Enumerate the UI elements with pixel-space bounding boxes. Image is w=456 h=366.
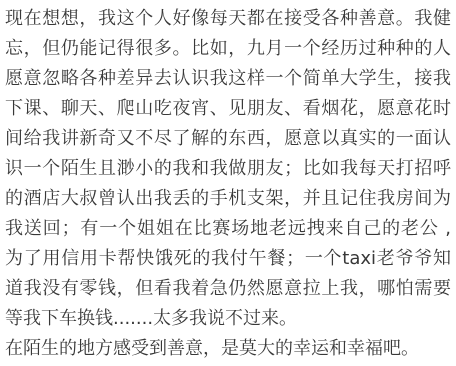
text-line-1: 现在想想，我这个人好像每天都在接受各种善意。我健 xyxy=(5,4,451,34)
text-line-6: 识一个陌生且渺小的我和我做朋友；比如我每天打招呼 xyxy=(5,154,451,184)
text-line-11: 等我下车换钱.......太多我说不过来。 xyxy=(5,304,451,334)
post-text: 现在想想，我这个人好像每天都在接受各种善意。我健 忘，但仍能记得很多。比如，九月… xyxy=(0,0,456,364)
text-line-3: 愿意忽略各种差异去认识我这样一个简单大学生，接我 xyxy=(5,64,451,94)
text-line-4: 下课、聊天、爬山吃夜宵、见朋友、看烟花，愿意花时 xyxy=(5,94,451,124)
text-line-7: 的酒店大叔曾认出我丢的手机支架，并且记住我房间为 xyxy=(5,184,451,214)
text-line-10: 道我没有零钱，但看我着急仍然愿意拉上我，哪怕需要 xyxy=(5,274,451,304)
text-line-9: 为了用信用卡帮快饿死的我付午餐；一个taxi老爷爷知 xyxy=(5,244,451,274)
text-line-5: 间给我讲新奇又不尽了解的东西，愿意以真实的一面认 xyxy=(5,124,451,154)
text-line-2: 忘，但仍能记得很多。比如，九月一个经历过种种的人 xyxy=(5,34,451,64)
text-line-12: 在陌生的地方感受到善意，是莫大的幸运和幸福吧。 xyxy=(5,334,451,364)
text-line-8: 我送回；有一个姐姐在比赛场地老远拽来自己的老公 , xyxy=(5,214,451,244)
